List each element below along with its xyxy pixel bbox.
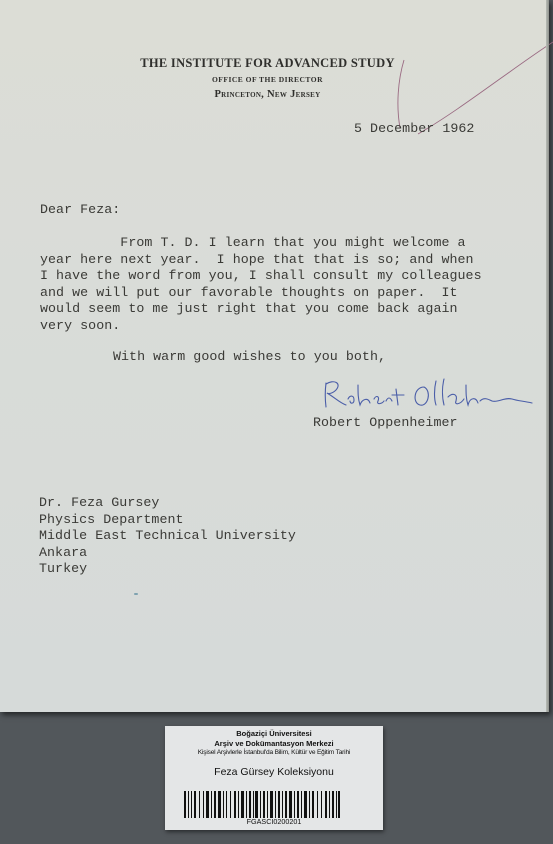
paper-speck [134, 593, 138, 595]
label-barcode-code: FGASCI0200201 [165, 817, 383, 826]
label-university: Boğaziçi Üniversitesi [165, 729, 383, 738]
label-project: Kişisel Arşivlerle İstanbul'da Bilim, Kü… [165, 749, 383, 756]
letter-page: THE INSTITUTE FOR ADVANCED STUDY OFFICE … [0, 0, 549, 712]
letter-body: From T. D. I learn that you might welcom… [40, 235, 482, 335]
handwritten-signature [320, 375, 540, 415]
label-collection: Feza Gürsey Koleksiyonu [165, 766, 383, 778]
barcode-icon [184, 791, 340, 818]
archive-label: Boğaziçi Üniversitesi Arşiv ve Dokümanta… [165, 726, 383, 830]
letter-closing: With warm good wishes to you both, [113, 349, 386, 366]
letter-salutation: Dear Feza: [40, 202, 120, 219]
letter-date: 5 December 1962 [354, 121, 474, 138]
label-archive-center: Arşiv ve Dokümantasyon Merkezi [165, 739, 383, 748]
signer-name: Robert Oppenheimer [313, 415, 458, 432]
recipient-address: Dr. Feza Gursey Physics Department Middl… [39, 495, 296, 578]
